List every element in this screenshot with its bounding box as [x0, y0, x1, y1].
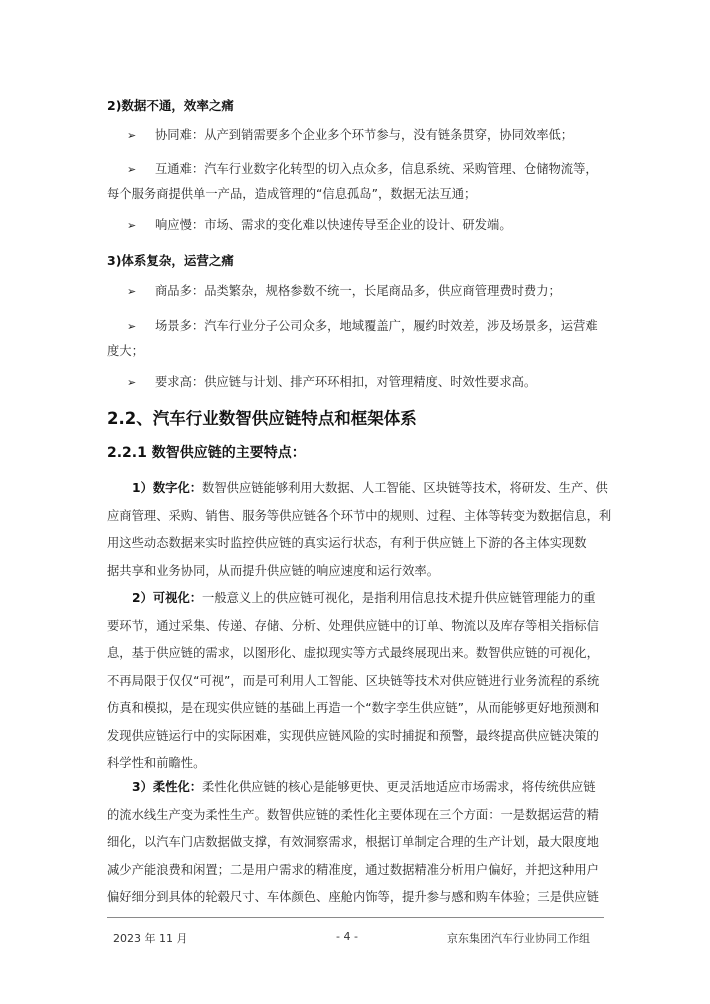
paragraph-flexibility: 3）柔性化：柔性化供应链的核心是能够更快、更灵活地适应市场需求，将传统供应链 的… — [107, 774, 604, 912]
arrow-bullet-icon: ➢ — [127, 123, 155, 148]
arrow-bullet-icon: ➢ — [127, 314, 155, 339]
bullet-many-scenarios: ➢场景多：汽车行业分子公司众多，地域覆盖广，履约时效差，涉及场景多，运营难 度大… — [107, 314, 604, 364]
arrow-bullet-icon: ➢ — [127, 279, 155, 304]
bullet-interoperability: ➢互通难：汽车行业数字化转型的切入点众多，信息系统、采购管理、仓储物流等， 每个… — [107, 157, 604, 207]
bullet-high-requirements: ➢要求高：供应链与计划、排产环环相扣，对管理精度、时效性要求高。 — [107, 370, 604, 395]
section-heading-complex-system: 3)体系复杂，运营之痛 — [107, 251, 234, 269]
section-heading-data-silos: 2)数据不通，效率之痛 — [107, 96, 234, 114]
bullet-collaboration: ➢协同难：从产到销需要多个企业多个环节参与，没有链条贯穿，协同效率低； — [107, 123, 604, 148]
feature-label: 1）数字化： — [132, 481, 202, 495]
page-number: - 4 - — [336, 930, 358, 943]
section-title-2-2: 2.2、汽车行业数智供应链特点和框架体系 — [107, 405, 417, 429]
feature-label: 3）柔性化： — [132, 780, 202, 794]
bullet-many-products: ➢商品多：品类繁杂，规格参数不统一，长尾商品多，供应商管理费时费力； — [107, 279, 604, 304]
footer-organization: 京东集团汽车行业协同工作组 — [447, 930, 590, 946]
footer-date: 2023 年 11 月 — [113, 930, 187, 946]
arrow-bullet-icon: ➢ — [127, 157, 155, 182]
paragraph-visualization: 2）可视化：一般意义上的供应链可视化，是指利用信息技术提升供应链管理能力的重 要… — [107, 585, 604, 778]
arrow-bullet-icon: ➢ — [127, 213, 155, 238]
section-title-2-2-1: 2.2.1 数智供应链的主要特点： — [107, 442, 306, 462]
feature-label: 2）可视化： — [132, 591, 202, 605]
bullet-slow-response: ➢响应慢：市场、需求的变化难以快速传导至企业的设计、研发端。 — [107, 213, 604, 238]
footer-divider — [107, 917, 604, 918]
arrow-bullet-icon: ➢ — [127, 370, 155, 395]
paragraph-digitalization: 1）数字化：数智供应链能够利用大数据、人工智能、区块链等技术，将研发、生产、供 … — [107, 475, 604, 585]
